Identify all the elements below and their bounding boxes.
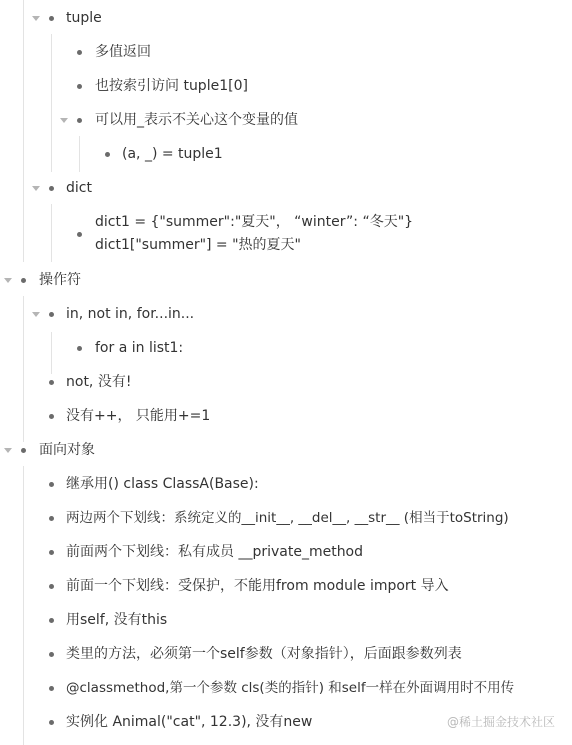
bullet-icon[interactable] [49, 414, 54, 419]
bullet-icon[interactable] [49, 482, 54, 487]
list-item: 两边两个下划线：系统定义的__init__, __del__, __str__ … [0, 508, 572, 528]
bullet-icon[interactable] [49, 686, 54, 691]
collapse-triangle-icon[interactable] [32, 16, 40, 21]
list-item: 多值返回 [0, 42, 572, 62]
bullet-icon[interactable] [49, 618, 54, 623]
item-label: 前面一个下划线：受保护，不能用from module import 导入 [66, 576, 449, 596]
list-item: 也按索引访问 tuple1[0] [0, 76, 572, 96]
bullet-icon[interactable] [21, 278, 26, 283]
collapse-triangle-icon[interactable] [4, 448, 12, 453]
list-item: 面向对象 [0, 440, 572, 460]
item-label: not, 没有! [66, 372, 131, 392]
item-label: (a, _) = tuple1 [122, 144, 223, 164]
bullet-icon[interactable] [49, 186, 54, 191]
item-label: for a in list1: [95, 338, 183, 358]
bullet-icon[interactable] [77, 118, 82, 123]
list-item: 操作符 [0, 270, 572, 290]
list-item: @classmethod,第一个参数 cls(类的指针) 和self一样在外面调… [0, 678, 572, 698]
list-item: in, not in, for...in... [0, 304, 572, 324]
bullet-icon[interactable] [49, 720, 54, 725]
item-label: 继承用() class ClassA(Base): [66, 474, 259, 494]
bullet-icon[interactable] [77, 232, 82, 237]
list-item: (a, _) = tuple1 [0, 144, 572, 164]
bullet-icon[interactable] [49, 16, 54, 21]
item-label: 多值返回 [95, 42, 151, 62]
list-item: 前面一个下划线：受保护，不能用from module import 导入 [0, 576, 572, 596]
list-item: 可以用_表示不关心这个变量的值 [0, 110, 572, 130]
item-label-line2: dict1["summer"] = "热的夏天" [95, 235, 301, 255]
item-label-line1: dict1 = {"summer":"夏天"， “winter”: “冬天"} [95, 212, 413, 232]
item-label: 实例化 Animal("cat", 12.3), 没有new [66, 712, 312, 732]
list-item: 继承用() class ClassA(Base): [0, 474, 572, 494]
bullet-icon[interactable] [49, 550, 54, 555]
item-label: 可以用_表示不关心这个变量的值 [95, 110, 298, 130]
list-item: not, 没有! [0, 372, 572, 392]
bullet-icon[interactable] [49, 584, 54, 589]
item-label: dict [66, 178, 92, 198]
list-item-multiline: dict1 = {"summer":"夏天"， “winter”: “冬天"} … [0, 212, 572, 256]
bullet-icon[interactable] [49, 380, 54, 385]
bullet-icon[interactable] [77, 346, 82, 351]
item-label: 类里的方法，必须第一个self参数（对象指针），后面跟参数列表 [66, 644, 462, 664]
bullet-icon[interactable] [21, 448, 26, 453]
bullet-icon[interactable] [77, 50, 82, 55]
collapse-triangle-icon[interactable] [32, 312, 40, 317]
item-label: 没有++， 只能用+=1 [66, 406, 210, 426]
item-label: in, not in, for...in... [66, 304, 194, 324]
collapse-triangle-icon[interactable] [32, 186, 40, 191]
item-label: @classmethod,第一个参数 cls(类的指针) 和self一样在外面调… [66, 678, 514, 698]
item-label: 用self, 没有this [66, 610, 167, 630]
list-item: 没有++， 只能用+=1 [0, 406, 572, 426]
list-item: for a in list1: [0, 338, 572, 358]
list-item: tuple [0, 8, 572, 28]
list-item: 前面两个下划线：私有成员 __private_method [0, 542, 572, 562]
list-item: 用self, 没有this [0, 610, 572, 630]
item-label: 面向对象 [39, 440, 95, 460]
item-label: 也按索引访问 tuple1[0] [95, 76, 248, 96]
bullet-icon[interactable] [105, 152, 110, 157]
item-label: 两边两个下划线：系统定义的__init__, __del__, __str__ … [66, 508, 509, 528]
item-label: tuple [66, 8, 102, 28]
item-label: 操作符 [39, 270, 81, 290]
bullet-icon[interactable] [49, 516, 54, 521]
item-label: 前面两个下划线：私有成员 __private_method [66, 542, 363, 562]
watermark: @稀土掘金技术社区 [447, 713, 555, 730]
list-item: dict [0, 178, 572, 198]
collapse-triangle-icon[interactable] [60, 118, 68, 123]
bullet-icon[interactable] [77, 84, 82, 89]
bullet-icon[interactable] [49, 652, 54, 657]
list-item: 类里的方法，必须第一个self参数（对象指针），后面跟参数列表 [0, 644, 572, 664]
bullet-icon[interactable] [49, 312, 54, 317]
collapse-triangle-icon[interactable] [4, 278, 12, 283]
